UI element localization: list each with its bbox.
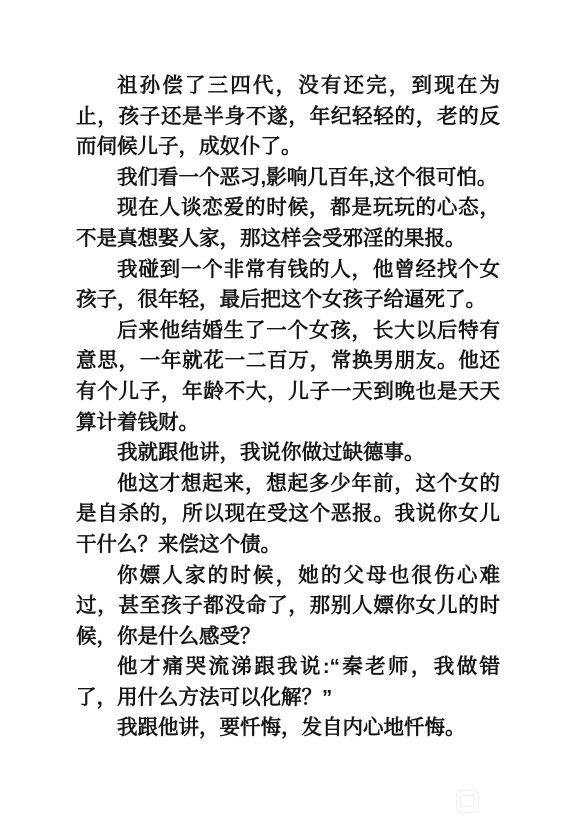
watermark-dot [472,794,475,797]
paragraph: 我碰到一个非常有钱的人，他曾经找个女孩子，很年轻，最后把这个女孩子给逼死了。 [76,255,500,316]
document-page: 祖孙偿了三四代，没有还完，到现在为止，孩子还是半身不遂，年纪轻轻的，老的反而伺候… [0,0,580,820]
paragraph: 后来他结婚生了一个女孩，长大以后特有意思，一年就花一二百万，常换男朋友。他还有个… [76,316,500,438]
paragraph: 现在人谈恋爱的时候，都是玩玩的心态，不是真想娶人家，那这样会受邪淫的果报。 [76,193,500,254]
paragraph: 我们看一个恶习,影响几百年,这个很可怕。 [76,163,500,194]
paragraph: 他才痛哭流涕跟我说:“秦老师，我做错了，用什么方法可以化解？” [76,652,500,713]
paragraph: 我就跟他讲，我说你做过缺德事。 [76,438,500,469]
paragraph: 他这才想起来，想起多少年前，这个女的是自杀的，所以现在受这个恶报。我说你女儿干什… [76,469,500,561]
paragraph: 祖孙偿了三四代，没有还完，到现在为止，孩子还是半身不遂，年纪轻轻的，老的反而伺候… [76,71,500,163]
paragraph: 我跟他讲，要忏悔，发自内心地忏悔。 [76,713,500,744]
text-body: 祖孙偿了三四代，没有还完，到现在为止，孩子还是半身不遂，年纪轻轻的，老的反而伺候… [76,71,500,744]
paragraph: 你嫖人家的时候，她的父母也很伤心难过，甚至孩子都没命了，那别人嫖你女儿的时候，你… [76,561,500,653]
app-logo-watermark-icon [456,790,479,813]
